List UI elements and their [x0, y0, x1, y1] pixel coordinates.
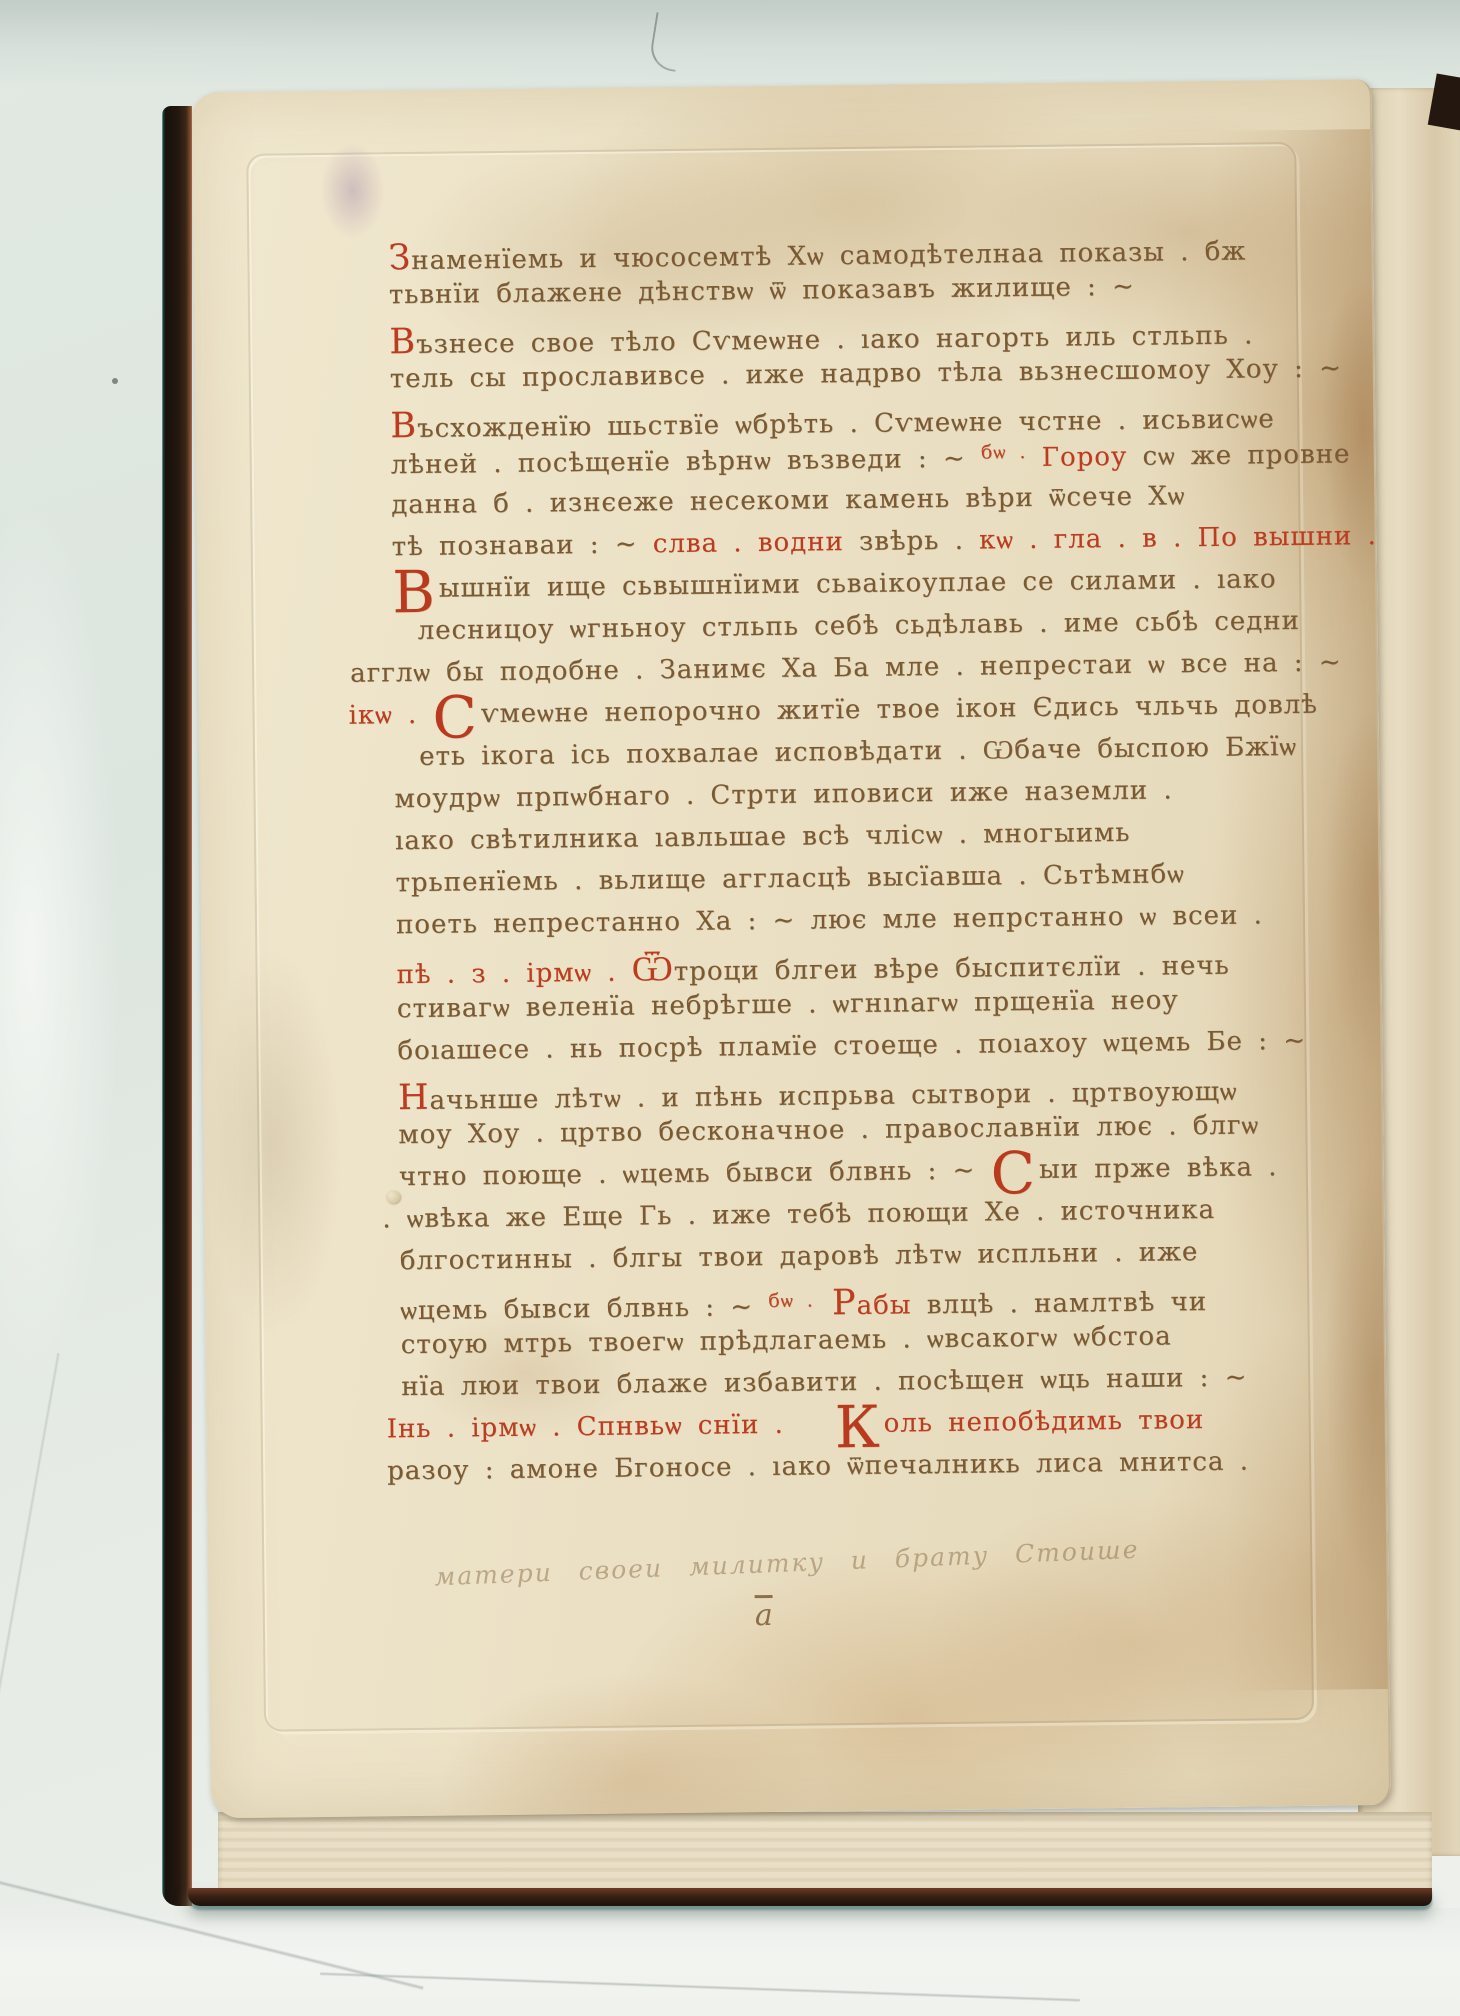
rubric-text: Гороу — [1026, 442, 1127, 473]
rubric-text: бѡ . — [768, 1289, 814, 1312]
ink-text: моудрѡ прпѡбнаго . Стрти иповиси иже наз… — [394, 775, 1172, 814]
text-line: поеть непрестанно Ха : ~ лює мле непрста… — [396, 900, 1263, 950]
text-line: блгостинны . блгы твои даровѣ лѣтѡ испль… — [400, 1237, 1199, 1286]
ink-text: блгостинны . блгы твои даровѣ лѣтѡ испль… — [400, 1237, 1199, 1276]
rubric-text: бѡ . — [981, 441, 1027, 464]
text-line: моу Хоу . цртво бесконачное . православн… — [398, 1110, 1259, 1160]
cloth-surface — [0, 1908, 1460, 2016]
photo-backdrop: Знаменїемь и чюсосемтѣ Хѡ самодѣтелнаа п… — [0, 0, 1460, 2016]
ink-text: ъзнесе свое тѣло Сѵмеѡне . ıако нагорть … — [416, 320, 1253, 359]
ink-text: ѡцемь бывси блвнь : ~ — [400, 1292, 768, 1326]
text-line: моудрѡ прпѡбнаго . Стрти иповиси иже наз… — [394, 775, 1173, 824]
rubric-text: пѣ . з . ірмѡ . — [396, 958, 632, 991]
text-line: лѣней . посѣщенїе вѣрнѡ възведи : ~ бѡ .… — [391, 437, 1351, 488]
ink-text: наменїемь и чюсосемтѣ Хѡ самодѣтелнаа по… — [411, 237, 1246, 276]
text-line: Възнесе свое тѣло Сѵмеѡне . ıако нагорть… — [389, 312, 1253, 362]
ink-text: ачьнше лѣтѡ . и пѣнь испрьва сытвори . ц… — [429, 1077, 1237, 1116]
ink-text: данна б . изнєеже несекоми камень вѣри ѿ… — [391, 481, 1185, 520]
quire-mark: а — [755, 1598, 773, 1633]
ink-text: трьпенїемь . вьлище аггласцѣ высїавша . … — [395, 859, 1184, 898]
ink-text: стоую мтрь твоегѡ прѣдлагаемь . ѡвсакогѡ… — [401, 1321, 1172, 1360]
book-spine-edge — [162, 106, 192, 1906]
text-line: Інь . ірмѡ . Спнвьѡ снїи . Коль непобѣди… — [387, 1405, 1205, 1454]
text-line: еть ікога ісь похвалае исповѣдати . Ѡбач… — [419, 732, 1297, 782]
rubric-text: слва . водни — [653, 527, 844, 559]
text-line: разоу : амоне Бгоносе . ıако ѿпечалникь … — [387, 1447, 1249, 1497]
text-line: тьвнїи блажене дѣнствѡ ѿ показавъ жилище… — [389, 272, 1135, 320]
rubric-text: Р — [814, 1283, 857, 1323]
ink-text: ъсхожденїю шьствїе ѡбрѣть . Сѵмеѡне чстн… — [417, 404, 1275, 444]
text-line: ıако свѣтилника ıавльшае всѣ члісѡ . мно… — [395, 818, 1131, 866]
ink-text: тьвнїи блажене дѣнствѡ ѿ показавъ жилище… — [389, 272, 1135, 310]
ink-text: ыи прже вѣка . — [1039, 1152, 1278, 1185]
ink-text: лѣней . посѣщенїе вѣрнѡ възведи : ~ — [391, 444, 982, 481]
rubric-text: абы — [856, 1290, 911, 1321]
text-line: . ѡвѣка же Еще Гь . иже тебѣ поющи Хе . … — [382, 1195, 1215, 1244]
text-line: пѣ . з . ірмѡ . Ѿтроци блгеи вѣре быспит… — [396, 943, 1230, 992]
rubric-text: З — [388, 238, 411, 278]
page-stack-bottom-edge — [218, 1812, 1432, 1892]
rubric-text: Н — [398, 1078, 430, 1118]
text-line: ѡцемь бывси блвнь : ~ бѡ . Рабы влцѣ . н… — [400, 1279, 1207, 1328]
ink-text: влцѣ . намлтвѣ чи — [911, 1287, 1207, 1320]
text-line: трьпенїемь . вьлище аггласцѣ высїавша . … — [395, 859, 1185, 908]
manuscript-book: Знаменїемь и чюсосемтѣ Хѡ самодѣтелнаа п… — [162, 84, 1460, 1924]
text-line: данна б . изнєеже несекоми камень вѣри ѿ… — [391, 481, 1185, 530]
ink-text: сѡ же провне — [1127, 439, 1350, 472]
manuscript-page: Знаменїемь и чюсосемтѣ Хѡ самодѣтелнаа п… — [192, 79, 1392, 1818]
text-line: Знаменїемь и чюсосемтѣ Хѡ самодѣтелнаа п… — [388, 229, 1246, 279]
rubric-text: Ѿ — [632, 949, 674, 989]
rubric-text: В — [390, 406, 417, 446]
rubric-text: оль непобѣдимь твои — [883, 1405, 1204, 1439]
text-line: Начьнше лѣтѡ . и пѣнь испрьва сытвори . … — [398, 1069, 1238, 1119]
ink-text: троци блгеи вѣре быспитєлїи . нечь — [674, 951, 1230, 987]
ink-text: звѣрь . — [844, 526, 980, 558]
book-cover-bottom-edge — [188, 1888, 1432, 1906]
ink-text: стивагѡ веленїа небрѣгше . ѡгнınагѡ прще… — [397, 985, 1179, 1024]
text-line: стивагѡ веленїа небрѣгше . ѡгнınагѡ прще… — [397, 985, 1179, 1034]
ink-text: ıако свѣтилника ıавльшае всѣ члісѡ . мно… — [395, 818, 1131, 856]
backdrop-top-shadow — [0, 0, 1460, 90]
text-line: чтно поюще . ѡцемь бывси блвнь : ~ Сыи п… — [399, 1152, 1278, 1202]
rubric-text: ікѡ . — [348, 700, 432, 731]
rubric-text: Інь . ірмѡ . Спнвьѡ снїи . — [387, 1410, 784, 1445]
rubric-text: В — [389, 322, 416, 362]
ink-text: чтно поюще . ѡцемь бывси блвнь : ~ — [399, 1155, 991, 1192]
text-line: стоую мтрь твоегѡ прѣдлагаемь . ѡвсакогѡ… — [401, 1321, 1172, 1370]
dust-speck — [112, 378, 118, 384]
rubric-text: кѡ . гла . в . По вышни . — [979, 521, 1377, 556]
